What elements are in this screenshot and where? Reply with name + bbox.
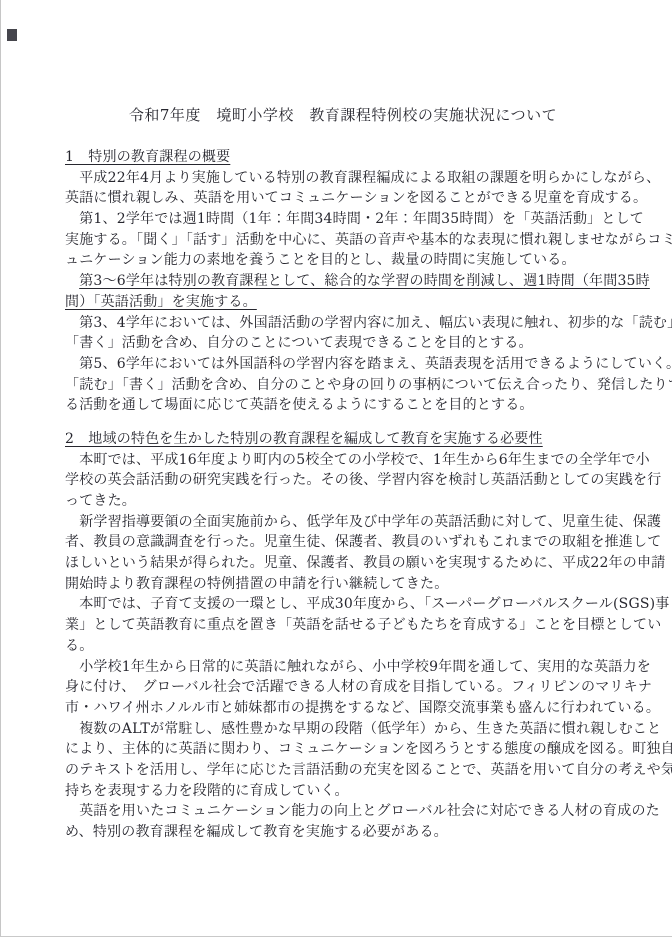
document-page: 令和7年度 境町小学校 教育課程特例校の実施状況について 1 特別の教育課程の概…: [0, 0, 672, 937]
text-line: め、特別の教育課程を編成して教育を実施する必要がある。: [65, 822, 625, 843]
text-line: 学校の英会話活動の研究実践を行った。その後、学習内容を検討し英語活動としての実践…: [65, 470, 625, 491]
text-line: 市・ハワイ州ホノルル市と姉妹都市の提携をするなど、国際交流事業も盛んに行われてい…: [65, 698, 625, 719]
text-line: 第3、4学年においては、外国語活動の学習内容に加え、幅広い表現に触れ、初歩的な「…: [65, 313, 625, 334]
text-line: る活動を通して場面に応じて英語を使えるようにすることを目的とする。: [65, 395, 625, 416]
text-line: 者、教員の意識調査を行った。児童生徒、保護者、教員のいずれもこれまでの取組を推進…: [65, 532, 625, 553]
text-line: ってきた。: [65, 491, 625, 512]
document-section: 2 地域の特色を生かした特別の教育課程を編成して教育を実施する必要性 本町では、…: [65, 429, 625, 843]
text-line: 第5、6学年においては外国語科の学習内容を踏まえ、英語表現を活用できるようにして…: [65, 354, 625, 375]
text-line: 本町では、子育て支援の一環とし、平成30年度から、「スーパーグローバルスクール(…: [65, 594, 625, 615]
text-line: 身に付け、 グローバル社会で活躍できる人材の育成を目指している。フィリピンのマリ…: [65, 677, 625, 698]
text-line: 複数のALTが常駐し、感性豊かな早期の段階（低学年）から、生きた英語に慣れ親しむ…: [65, 719, 625, 740]
text-line: のテキストを活用し、学年に応じた言語活動の充実を図ることで、英語を用いて自分の考…: [65, 760, 625, 781]
section-heading: 1 特別の教育課程の概要: [65, 147, 625, 168]
text-line: ュニケーション能力の素地を養うことを目的とし、裁量の時間に実施している。: [65, 250, 625, 271]
text-line: 業」として英語教育に重点を置き「英語を話せる子どもたちを育成する」ことを目標とし…: [65, 615, 625, 636]
text-line: 英語を用いたコミュニケーション能力の向上とグローバル社会に対応できる人材の育成の…: [65, 801, 625, 822]
text-line: 実施する。「聞く」「話す」活動を中心に、英語の音声や基本的な表現に慣れ親しませな…: [65, 230, 625, 251]
page-title: 令和7年度 境町小学校 教育課程特例校の実施状況について: [65, 104, 621, 125]
text-line: 開始時より教育課程の特例措置の申請を行い継続してきた。: [65, 574, 625, 595]
text-line: 第3～6学年は特別の教育課程として、総合的な学習の時間を削減し、週1時間（年間3…: [65, 271, 625, 292]
text-line: 「読む」「書く」活動を含め、自分のことや身の回りの事柄について伝え合ったり、発信…: [65, 375, 625, 396]
text-line: により、主体的に英語に関わり、コミュニケーションを図ろうとする態度の醸成を図る。…: [65, 739, 625, 760]
document-body: 1 特別の教育課程の概要 平成22年4月より実施している特別の教育課程編成による…: [65, 147, 625, 843]
text-line: 小学校1年生から日常的に英語に触れながら、小中学校9年間を通して、実用的な英語力…: [65, 657, 625, 678]
text-line: 「書く」活動を含め、自分のことについて表現できることを目的とする。: [65, 333, 625, 354]
text-line: 本町では、平成16年度より町内の5校全ての小学校で、1年生から6年生までの全学年…: [65, 450, 625, 471]
section-heading: 2 地域の特色を生かした特別の教育課程を編成して教育を実施する必要性: [65, 429, 625, 450]
text-line: 持ちを表現する力を段階的に育成していく。: [65, 781, 625, 802]
scan-artifact-mark: [7, 29, 17, 41]
document-section: 1 特別の教育課程の概要 平成22年4月より実施している特別の教育課程編成による…: [65, 147, 625, 416]
text-line: ほしいという結果が得られた。児童、保護者、教員の願いを実現するために、平成22年…: [65, 553, 625, 574]
text-line: 第1、2学年では週1時間（1年：年間34時間・2年：年間35時間）を「英語活動」…: [65, 209, 625, 230]
text-line: 間）「英語活動」を実施する。: [65, 292, 625, 313]
text-line: 英語に慣れ親しみ、英語を用いてコミュニケーションを図ることができる児童を育成する…: [65, 188, 625, 209]
text-line: 平成22年4月より実施している特別の教育課程編成による取組の課題を明らかにしなが…: [65, 168, 625, 189]
text-line: 新学習指導要領の全面実施前から、低学年及び中学年の英語活動に対して、児童生徒、保…: [65, 512, 625, 533]
text-line: る。: [65, 636, 625, 657]
